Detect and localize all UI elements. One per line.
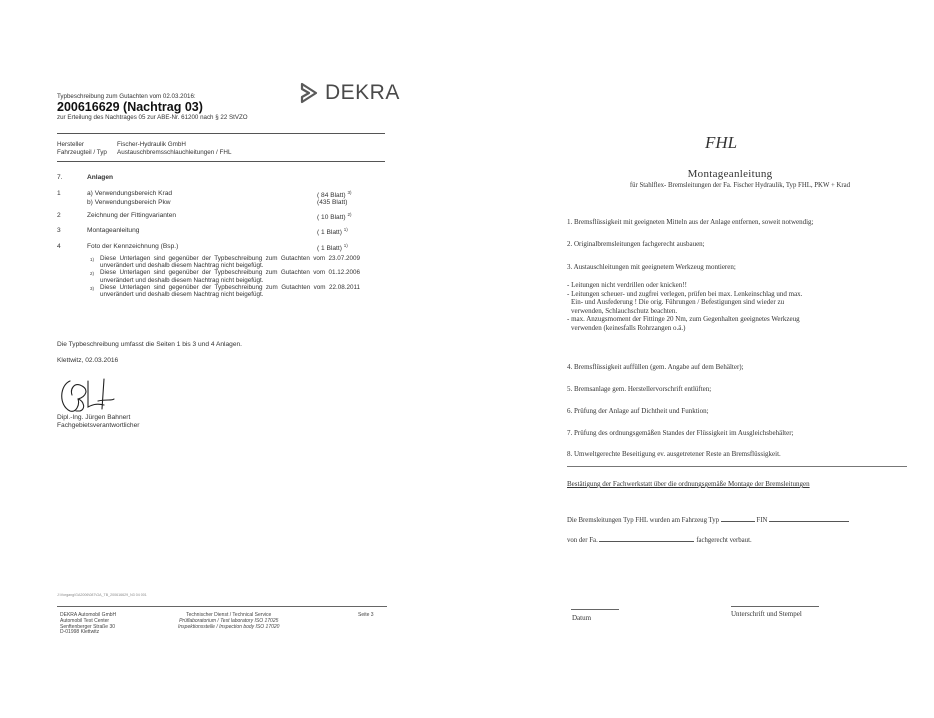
footer-line: D-01998 Klettwitz [60,630,116,636]
footnote-mark: 3) [90,284,100,298]
divider [567,466,907,467]
annex-section: 7. Anlagen 1 a) Verwendungsbereich Krad … [57,174,377,252]
annex-num: 4 [57,243,87,252]
date-label: Datum [572,614,591,622]
footer-divider [57,606,387,607]
workshop-label: von der Fa. [567,537,598,544]
footer-service: Technischer Dienst / Technical Service P… [178,613,279,630]
divider [57,133,385,134]
vehicle-type-line: Die Bremsleitungen Typ FHL wurden am Fah… [567,515,849,524]
footnote-mark: 2) [90,269,100,283]
report-reference: Typbeschreibung zum Gutachten vom 02.03.… [57,93,196,100]
footnote-text: Diese Unterlagen sind gegenüber der Typb… [100,284,360,298]
part-label: Fahrzeugteil / Typ [57,149,117,157]
annex-footnote-mark: 1) [344,243,348,248]
section-title: Anlagen [87,174,377,181]
manufacturer-value: Fischer-Hydraulik GmbH [117,141,186,148]
annex-pages: ( 1 Blatt) [317,245,342,252]
annex-item: 1 a) Verwendungsbereich Krad ( 84 Blatt)… [57,190,377,199]
section-number: 7. [57,174,87,181]
annex-text: b) Verwendungsbereich Pkw [87,199,317,206]
annex-text: Zeichnung der Fittingvarianten [87,212,317,221]
logo-text: DEKRA [325,81,400,105]
vin-field[interactable] [769,515,849,522]
step-5: 5. Bremsanlage gem. Herstellervorschrift… [567,385,711,393]
workshop-confirmation-heading: Bestätigung der Fachwerkstatt über die o… [567,480,810,488]
handwritten-signature [58,375,128,415]
installed-text: fachgerecht verbaut. [696,537,751,544]
page-summary: Die Typbeschreibung umfasst die Seiten 1… [57,341,242,348]
report-number: 200616629 (Nachtrag 03) [57,100,203,114]
annex-text: Foto der Kennzeichnung (Bsp.) [87,243,317,252]
step-4: 4. Bremsflüssigkeit auffüllen (gem. Anga… [567,363,744,371]
doc-title: FHL [705,133,737,153]
footnote-mark: 1) [90,255,100,269]
annex-text: Montageanleitung [87,227,317,236]
annex-footnote-mark: 2) [347,212,351,217]
step-7: 7. Prüfung des ordnungsgemäßen Standes d… [567,429,794,437]
annex-num: 3 [57,227,87,236]
part-value: Austauschbremsschlauchleitungen / FHL [117,149,231,156]
annex-text: a) Verwendungsbereich Krad [87,190,317,199]
step-2: 2. Originalbremsleitungen fachgerecht au… [567,240,705,248]
note-line: - Leitungen scheuer- und zugfrei verlege… [567,290,877,299]
footer-page-number: Seite 3 [358,613,374,619]
annex-item: b) Verwendungsbereich Pkw (435 Blatt) [57,199,377,206]
annex-item: 4 Foto der Kennzeichnung (Bsp.) ( 1 Blat… [57,243,377,252]
annex-num [57,199,87,206]
vehicle-type-label: Die Bremsleitungen Typ FHL wurden am Fah… [567,517,719,524]
meta-block: HerstellerFischer-Hydraulik GmbH Fahrzeu… [57,141,231,157]
report-purpose: zur Erteilung des Nachtrages 05 zur ABE-… [57,114,248,121]
footnote-text: Diese Unterlagen sind gegenüber der Typb… [100,255,360,269]
step-8: 8. Umweltgerechte Beseitigung ev. ausget… [567,450,781,458]
signature-line[interactable] [731,606,819,607]
note-line: verwenden, Schlauchschutz beachten. [567,307,877,316]
annex-item: 3 Montageanleitung ( 1 Blatt) 1) [57,227,377,236]
annex-footnote-mark: 3) [347,190,351,195]
step-1: 1. Bremsflüssigkeit mit geeigneten Mitte… [567,218,814,226]
annex-pages: ( 1 Blatt) [317,230,342,237]
vehicle-type-field[interactable] [721,515,755,522]
footnote: 1)Diese Unterlagen sind gegenüber der Ty… [90,255,360,269]
dekra-logo: DEKRA [299,81,400,105]
annex-num: 2 [57,212,87,221]
footnote: 3)Diese Unterlagen sind gegenüber der Ty… [90,284,360,298]
file-path: J:\Vorgang\GA2006\087\GA_TB_200616629_N3… [57,593,147,597]
step-3: 3. Austauschleitungen mit geeignetem Wer… [567,263,736,271]
footnote-text: Diese Unterlagen sind gegenüber der Typb… [100,269,360,283]
annex-pages: ( 84 Blatt) [317,192,346,199]
signer-role: Fachgebietsverantwortlicher [57,422,139,429]
manufacturer-label: Hersteller [57,141,117,149]
annex-item: 2 Zeichnung der Fittingvarianten ( 10 Bl… [57,212,377,221]
step-6: 6. Prüfung der Anlage auf Dichtheit und … [567,407,709,415]
note-line: verwenden (keinesfalls Rohrzangen o.ä.) [567,324,877,333]
dekra-arrow-icon [299,82,319,104]
note-line: - Leitungen nicht verdrillen oder knicke… [567,281,877,290]
note-line: - max. Anzugsmoment der Fittinge 20 Nm, … [567,315,877,324]
doc-subtitle: Montageanleitung [600,168,860,180]
footer-company: DEKRA Automobil GmbH Automobil Test Cent… [60,613,116,636]
date-line[interactable] [571,609,619,610]
doc-description: für Stahlflex- Bremsleitungen der Fa. Fi… [560,182,920,189]
vin-label: FIN [756,517,767,524]
annex-footnote-mark: 1) [344,227,348,232]
note-line: Ein- und Ausfederung ! Die orig. Führung… [567,298,877,307]
workshop-line: von der Fa. fachgerecht verbaut. [567,535,752,544]
annex-num: 1 [57,190,87,199]
signature-label: Unterschrift und Stempel [731,610,802,618]
annex-pages: (435 Blatt) [317,199,347,206]
annex-pages: ( 10 Blatt) [317,214,346,221]
footnotes: 1)Diese Unterlagen sind gegenüber der Ty… [90,255,360,298]
workshop-field[interactable] [599,535,694,542]
installation-notes: - Leitungen nicht verdrillen oder knicke… [567,281,877,332]
signer-name: Dipl.-Ing. Jürgen Bahnert [57,414,130,421]
footnote: 2)Diese Unterlagen sind gegenüber der Ty… [90,269,360,283]
divider [57,161,385,162]
footer-line: Inspektionsstelle / Inspection body ISO … [178,625,279,631]
place-date: Klettwitz, 02.03.2016 [57,357,118,364]
